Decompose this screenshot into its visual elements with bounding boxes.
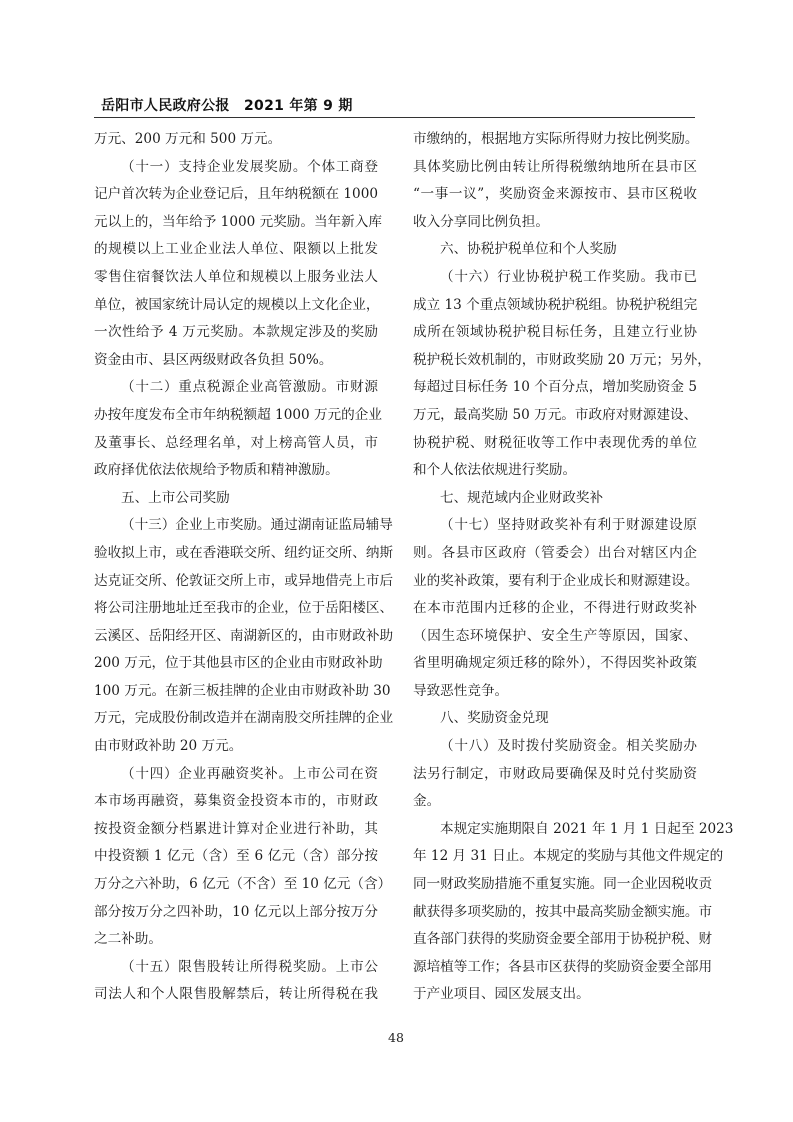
text-line: 记户首次转为企业登记后，且年纳税额在 1000 — [94, 181, 378, 209]
text-line: （十五）限售股转让所得税奖励。上市公 — [94, 954, 378, 982]
text-line: 市缴纳的，根据地方实际所得财力按比例奖励。 — [413, 126, 697, 154]
text-line: 达克证交所、伦敦证交所上市，或异地借壳上市后 — [94, 568, 378, 596]
text-line: 单位，被国家统计局认定的规模以上文化企业， — [94, 292, 378, 320]
text-line: 办按年度发布全市年纳税额超 1000 万元的企业 — [94, 402, 378, 430]
text-line: 司法人和个人限售股解禁后，转让所得税在我 — [94, 981, 378, 1009]
text-line: 于产业项目、园区发展支出。 — [413, 981, 697, 1009]
text-line: 部分按万分之四补助，10 亿元以上部分按万分 — [94, 899, 378, 927]
text-line: 则。各县市区政府（管委会）出台对辖区内企 — [413, 540, 697, 568]
text-line: （十二）重点税源企业高管激励。市财源 — [94, 374, 378, 402]
text-line: 导致恶性竞争。 — [413, 678, 697, 706]
journal-header-title: 岳阳市人民政府公报 2021 年第 9 期 — [101, 95, 353, 115]
text-line: （十三）企业上市奖励。通过湖南证监局辅导 — [94, 512, 378, 540]
text-line: 业的奖补政策，要有利于企业成长和财源建设。 — [413, 568, 697, 596]
text-line: 本规定实施期限自 2021 年 1 月 1 日起至 2023 — [413, 816, 697, 844]
text-line: 直各部门获得的奖励资金要全部用于协税护税、财 — [413, 926, 697, 954]
text-line: 200 万元，位于其他县市区的企业由市财政补助 — [94, 650, 378, 678]
text-line: 资金由市、县区两级财政各负担 50%。 — [94, 347, 378, 375]
text-line: 零售住宿餐饮法人单位和规模以上服务业法人 — [94, 264, 378, 292]
text-line: 之二补助。 — [94, 926, 378, 954]
text-line: 年 12 月 31 日止。本规定的奖励与其他文件规定的 — [413, 843, 697, 871]
text-line: 元以上的，当年给予 1000 元奖励。当年新入库 — [94, 209, 378, 237]
text-line: 金。 — [413, 788, 697, 816]
text-line: 100 万元。在新三板挂牌的企业由市财政补助 30 — [94, 678, 378, 706]
text-line: （十六）行业协税护税工作奖励。我市已 — [413, 264, 697, 292]
text-line: 省里明确规定须迁移的除外），不得因奖补政策 — [413, 650, 697, 678]
text-line: 中投资额 1 亿元（含）至 6 亿元（含）部分按 — [94, 843, 378, 871]
text-line: 八、奖励资金兑现 — [413, 705, 697, 733]
text-line: 五、上市公司奖励 — [94, 485, 378, 513]
text-line: 六、协税护税单位和个人奖励 — [413, 236, 697, 264]
text-line: 本市场再融资，募集资金投资本市的，市财政 — [94, 788, 378, 816]
text-line: 万元、200 万元和 500 万元。 — [94, 126, 378, 154]
text-line: 将公司注册地址迁至我市的企业，位于岳阳楼区、 — [94, 595, 378, 623]
text-line: 云溪区、岳阳经开区、南湖新区的，由市财政补助 — [94, 623, 378, 651]
text-line: （十四）企业再融资奖补。上市公司在资 — [94, 761, 378, 789]
text-line: 同一财政奖励措施不重复实施。同一企业因税收贡 — [413, 871, 697, 899]
text-line: 七、规范域内企业财政奖补 — [413, 485, 697, 513]
text-line: 万分之六补助，6 亿元（不含）至 10 亿元（含） — [94, 871, 378, 899]
text-line: （十七）坚持财政奖补有利于财源建设原 — [413, 512, 697, 540]
text-line: 政府择优依法依规给予物质和精神激励。 — [94, 457, 378, 485]
text-line: 及董事长、总经理名单，对上榜高管人员，市 — [94, 430, 378, 458]
text-line: （因生态环境保护、安全生产等原因，国家、 — [413, 623, 697, 651]
text-line: 源培植等工作；各县市区获得的奖励资金要全部用 — [413, 954, 697, 982]
text-line: 法另行制定，市财政局要确保及时兑付奖励资 — [413, 761, 697, 789]
text-line: 具体奖励比例由转让所得税缴纳地所在县市区 — [413, 154, 697, 182]
text-line: （十八）及时拨付奖励资金。相关奖励办 — [413, 733, 697, 761]
text-line: 在本市范围内迁移的企业，不得进行财政奖补 — [413, 595, 697, 623]
text-line: 收入分享同比例负担。 — [413, 209, 697, 237]
text-line: 税护税长效机制的，市财政奖励 20 万元；另外， — [413, 347, 697, 375]
text-line: 万元，最高奖励 50 万元。市政府对财源建设、 — [413, 402, 697, 430]
text-line: 成立 13 个重点领域协税护税组。协税护税组完 — [413, 292, 697, 320]
text-line: 献获得多项奖励的，按其中最高奖励金额实施。市 — [413, 899, 697, 927]
text-line: 一次性给予 4 万元奖励。本款规定涉及的奖励 — [94, 319, 378, 347]
text-line: （十一）支持企业发展奖励。个体工商登 — [94, 154, 378, 182]
text-line: 按投资金额分档累进计算对企业进行补助，其 — [94, 816, 378, 844]
header-divider — [94, 117, 695, 118]
text-line: 成所在领域协税护税目标任务，且建立行业协 — [413, 319, 697, 347]
left-text-column: 万元、200 万元和 500 万元。（十一）支持企业发展奖励。个体工商登记户首次… — [94, 126, 378, 1009]
text-line: 由市财政补助 20 万元。 — [94, 733, 378, 761]
text-line: 的规模以上工业企业法人单位、限额以上批发 — [94, 236, 378, 264]
text-line: 验收拟上市，或在香港联交所、纽约证交所、纳斯 — [94, 540, 378, 568]
text-line: 万元，完成股份制改造并在湖南股交所挂牌的企业 — [94, 705, 378, 733]
text-line: 协税护税、财税征收等工作中表现优秀的单位 — [413, 430, 697, 458]
text-line: 每超过目标任务 10 个百分点，增加奖励资金 5 — [413, 374, 697, 402]
right-text-column: 市缴纳的，根据地方实际所得财力按比例奖励。具体奖励比例由转让所得税缴纳地所在县市… — [413, 126, 697, 1009]
text-line: “一事一议”，奖励资金来源按市、县市区税收 — [413, 181, 697, 209]
text-line: 和个人依法依规进行奖励。 — [413, 457, 697, 485]
page-number: 48 — [388, 1030, 404, 1045]
